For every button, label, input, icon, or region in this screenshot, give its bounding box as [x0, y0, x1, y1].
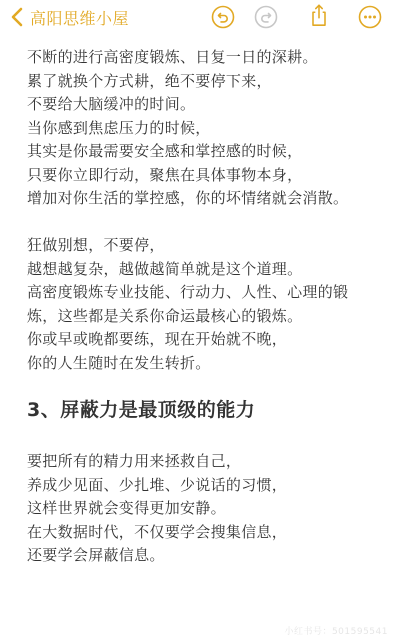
section-heading: 3、屏蔽力是最顶级的能力 [27, 395, 387, 425]
chevron-left-icon [10, 7, 24, 27]
text-line: 在大数据时代，不仅要学会搜集信息， [27, 521, 387, 545]
text-line: 不断的进行高密度锻炼、日复一日的深耕。 [27, 46, 387, 70]
undo-button[interactable] [211, 5, 235, 29]
paragraph-3: 要把所有的精力用来拯救自己， 养成少见面、少扎堆、少说话的习惯， 这样世界就会变… [27, 450, 387, 568]
text-line: 还要学会屏蔽信息。 [27, 544, 387, 568]
section-gap [27, 375, 387, 395]
back-button[interactable]: 高阳思维小屋 [10, 4, 129, 30]
note-body[interactable]: 不断的进行高密度锻炼、日复一日的深耕。 累了就换个方式耕，绝不要停下来， 不要给… [27, 46, 387, 568]
more-button[interactable] [358, 5, 382, 29]
text-line: 其实是你最需要安全感和掌控感的时候， [27, 140, 387, 164]
text-line: 当你感到焦虑压力的时候， [27, 117, 387, 141]
back-label: 高阳思维小屋 [30, 6, 129, 29]
redo-icon [254, 5, 278, 29]
more-icon [358, 5, 382, 29]
section-gap [27, 425, 387, 450]
text-line: 你的人生随时在发生转折。 [27, 352, 387, 376]
text-line: 这样世界就会变得更加安静。 [27, 497, 387, 521]
paragraph-1: 不断的进行高密度锻炼、日复一日的深耕。 累了就换个方式耕，绝不要停下来， 不要给… [27, 46, 387, 211]
text-line: 高密度锻炼专业技能、行动力、人性、心理的锻 [27, 281, 387, 305]
text-line: 只要你立即行动，聚焦在具体事物本身， [27, 164, 387, 188]
share-icon [307, 3, 331, 27]
text-line: 越想越复杂，越做越简单就是这个道理。 [27, 258, 387, 282]
text-line: 要把所有的精力用来拯救自己， [27, 450, 387, 474]
navigation-bar: 高阳思维小屋 [0, 0, 400, 34]
text-line: 炼，这些都是关系你命运最核心的锻炼。 [27, 305, 387, 329]
paragraph-2: 狂做别想，不要停， 越想越复杂，越做越简单就是这个道理。 高密度锻炼专业技能、行… [27, 234, 387, 375]
redo-button[interactable] [254, 5, 278, 29]
text-line: 不要给大脑缓冲的时间。 [27, 93, 387, 117]
text-line: 累了就换个方式耕，绝不要停下来， [27, 70, 387, 94]
text-line: 养成少见面、少扎堆、少说话的习惯， [27, 474, 387, 498]
text-line: 狂做别想，不要停， [27, 234, 387, 258]
paragraph-gap [27, 211, 387, 235]
text-line: 增加对你生活的掌控感，你的坏情绪就会消散。 [27, 187, 387, 211]
text-line: 你或早或晚都要练，现在开始就不晚， [27, 328, 387, 352]
watermark: 小红书号：501595541 [284, 624, 388, 637]
share-button[interactable] [307, 3, 331, 27]
undo-icon [211, 5, 235, 29]
